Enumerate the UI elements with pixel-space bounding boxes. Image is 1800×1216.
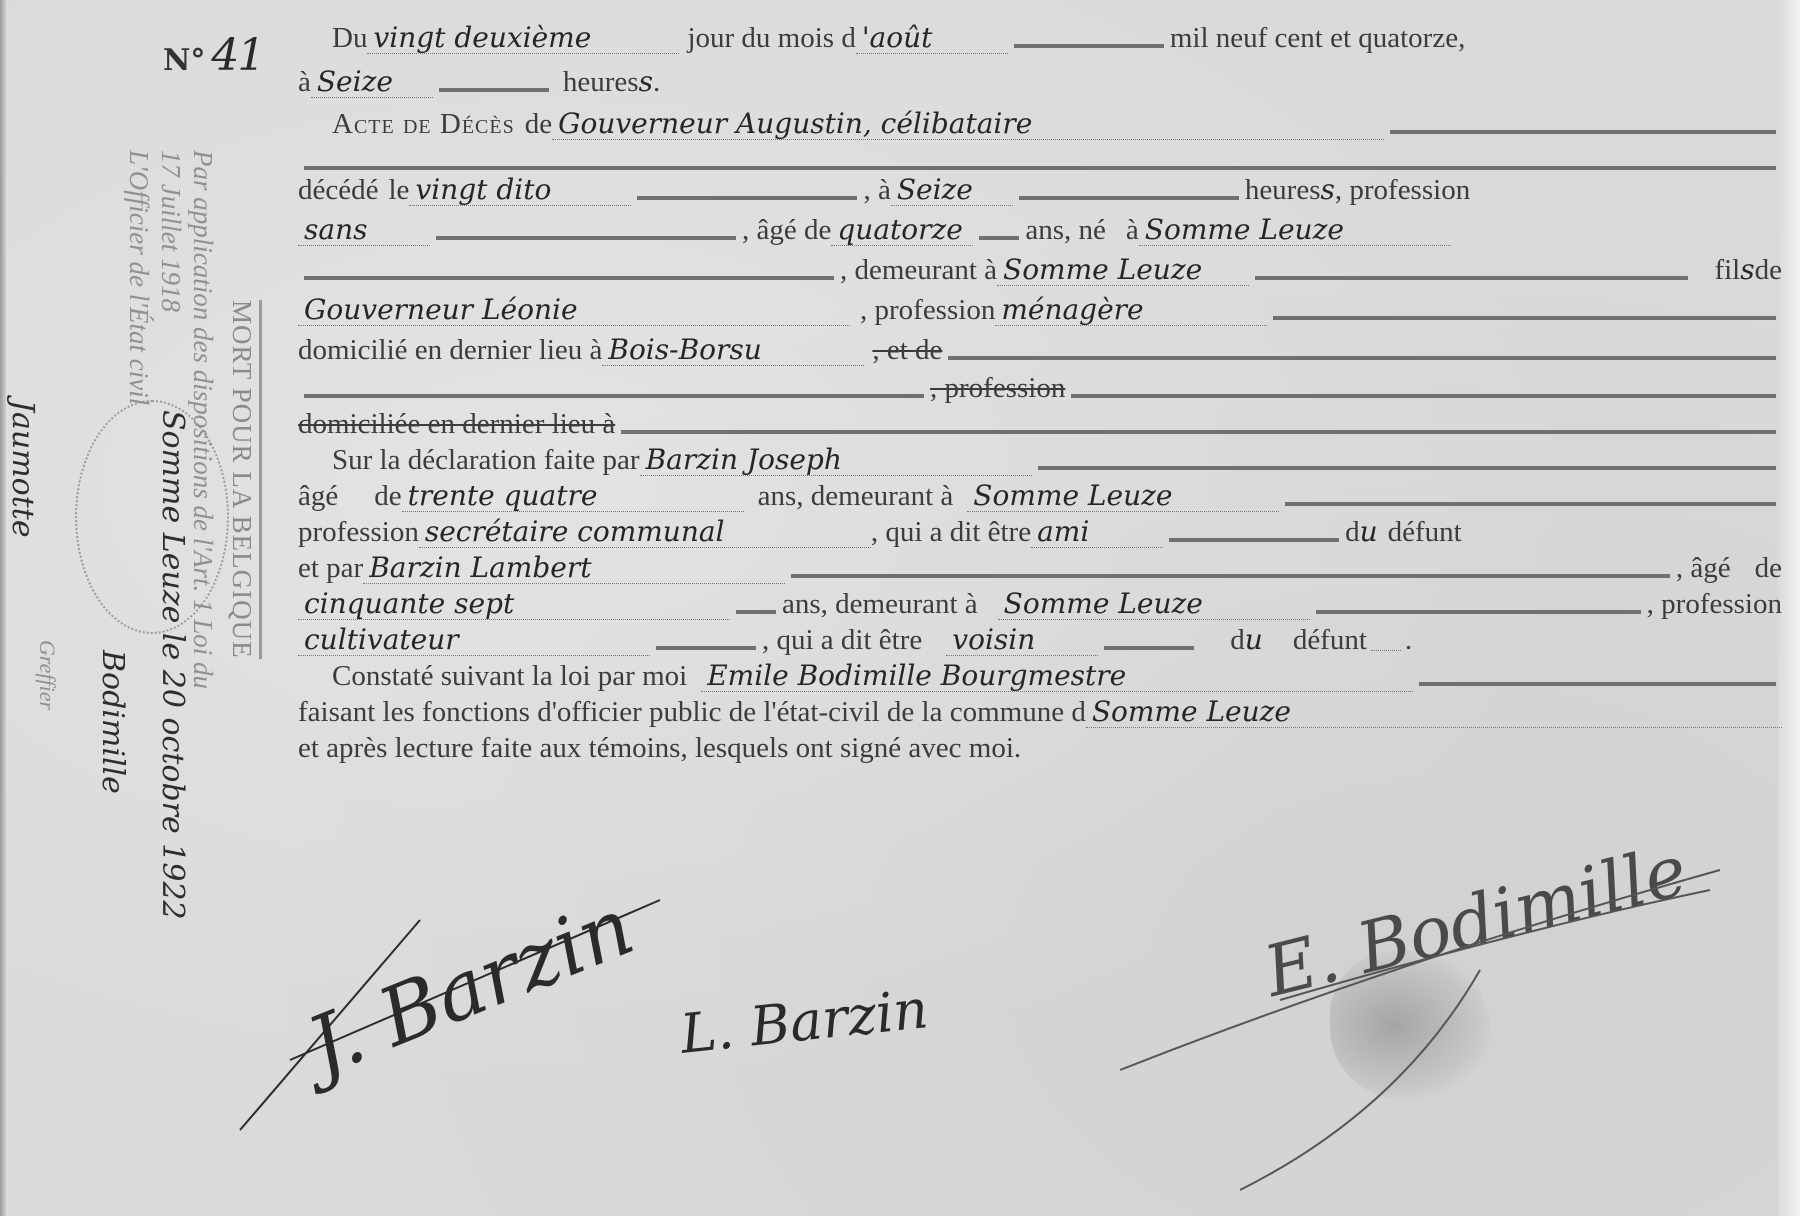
fill-rule [621,430,1776,434]
fill-rule [637,196,857,200]
printed-text: ans, demeurant à [758,476,954,516]
fill-rule [1316,610,1641,614]
printed-text: et après lecture faite aux témoins, lesq… [298,728,1021,768]
act-number-value: 41 [211,30,263,81]
fill-rule [1285,502,1776,506]
handwritten-profession: sans [298,215,430,246]
printed-text: , âgé [1676,548,1731,588]
struck-text: , et de [872,330,942,370]
line-hour: à Seize heuress. [298,62,1782,102]
page-left-edge [0,0,6,1216]
printed-text: fil [1714,250,1740,290]
printed-text: Sur la déclaration faite par [332,440,640,480]
fill-rule [1104,646,1194,650]
handwritten-suffix: u [1245,625,1263,655]
line-closing: et après lecture faite aux témoins, lesq… [298,728,1782,768]
fill-rule [1019,196,1239,200]
act-title: Acte de Décès [332,104,515,144]
line-residence: , demeurant à Somme Leuze filsde [298,250,1782,290]
line-profession-age: sans , âgé de quatorze ans, né à Somme L… [298,210,1782,250]
printed-text: heures [1245,170,1321,210]
fill-rule [979,236,1019,240]
printed-text: , qui a dit être [871,512,1031,552]
handwritten-death-hour: Seize [891,175,1013,206]
printed-text: , âgé de [742,210,831,250]
fill-rule [304,276,834,280]
handwritten-suffix: s [639,67,653,97]
fill-rule [736,610,776,614]
printed-text: à [1126,210,1139,250]
handwritten-commune: Somme Leuze [1086,697,1782,728]
handwritten-residence: Somme Leuze [997,255,1249,286]
printed-text: . [653,62,660,102]
dotted-leader [1371,650,1401,651]
handwritten-relation-2: voisin [946,625,1098,656]
fill-rule [948,356,1776,360]
handwritten-declarant-1-profession: secrétaire communal [419,517,871,548]
signature-witness-1-flourish [230,880,670,1140]
printed-text: de [1755,548,1782,588]
printed-text: d [1345,512,1360,552]
handwritten-suffix: s [1740,255,1754,285]
handwritten-suffix: u [1360,517,1378,547]
margin-handwritten-signature: Jaumotte [5,400,40,538]
printed-text: de [1755,250,1782,290]
stamp-text-line: L'Officier de l'État civil [123,150,154,405]
fill-rule [1169,538,1339,542]
printed-text: , profession [1647,584,1782,624]
struck-text: domiciliée en dernier lieu à [298,404,615,444]
margin-handwritten-note: Somme Leuze le 20 octobre 1922 [155,410,190,920]
handwritten-declarant-1: Barzin Joseph [640,445,1032,476]
printed-text: domicilié en dernier lieu à [298,330,602,370]
printed-text: , qui a dit être [762,620,922,660]
printed-text: ans, né [1025,210,1106,250]
printed-text: et par [298,548,363,588]
printed-text: , à [863,170,890,210]
line-domiciliee: domiciliée en dernier lieu à [298,404,1782,444]
printed-text: défunt [1293,620,1367,660]
fill-rule [1038,466,1776,470]
line-death-date: décédé le vingt dito , à Seize heuress, … [298,170,1782,210]
fill-rule [1390,130,1776,134]
printed-text: , profession [860,290,995,330]
printed-text: à [298,62,311,102]
printed-text: , profession [1335,170,1470,210]
stamp-text-line: 17 Juillet 1918 [155,150,186,312]
line-declarant-1-profession: profession secrétaire communal , qui a d… [298,512,1782,552]
handwritten-month: 'août [856,23,1008,54]
printed-text: décédé [298,170,379,210]
line-declarant-1: Sur la déclaration faite par Barzin Jose… [332,440,1782,480]
printed-text: . [1405,620,1412,660]
margin-handwritten-signature: Bodimille [95,650,130,794]
printed-text: Du [332,18,367,58]
printed-text: heures [563,62,639,102]
printed-text: Constaté suivant la loi par moi [332,656,687,696]
line-profession-blank: , profession [298,368,1782,408]
line-mother: Gouverneur Léonie , profession ménagère [298,290,1782,330]
act-number-label: N° [163,43,205,78]
fill-rule [439,88,549,92]
struck-text: , profession [930,368,1065,408]
handwritten-death-day: vingt dito [409,175,631,206]
line-declarant-2: et par Barzin Lambert , âgé de [298,548,1782,588]
handwritten-last-domicile: Bois-Borsu [602,335,864,366]
stamp-text-line: Greffier [34,640,60,710]
printed-text: , demeurant à [840,250,997,290]
fill-rule [1273,316,1776,320]
handwritten-hour: Seize [311,67,433,98]
handwritten-declarant-2-residence: Somme Leuze [998,589,1310,620]
printed-text: âgé [298,476,338,516]
handwritten-declarant-1-age: trente quatre [402,481,744,512]
line-declarant-1-age: âgé de trente quatre ans, demeurant à So… [298,476,1782,516]
handwritten-declarant-2-age: cinquante sept [298,589,730,620]
printed-text: faisant les fonctions d'officier public … [298,692,1086,732]
handwritten-deceased-name: Gouverneur Augustin, célibataire [552,109,1384,140]
handwritten-relation-1: ami [1031,517,1163,548]
fill-rule [1071,394,1776,398]
handwritten-declarant-2: Barzin Lambert [363,553,785,584]
handwritten-day: vingt deuxième [367,23,679,54]
line-date: Du vingt deuxième jour du mois d 'août m… [332,18,1782,58]
printed-text: mil neuf cent et quatorze, [1170,18,1466,58]
handwritten-suffix: s [1321,175,1335,205]
fill-rule [304,394,924,398]
printed-text: défunt [1388,512,1462,552]
stamp-text-line: Par application des dispositions de l'Ar… [187,150,218,689]
handwritten-parent-profession: ménagère [995,295,1267,326]
printed-text: ans, demeurant à [782,584,978,624]
line-act-title: Acte de Décès de Gouverneur Augustin, cé… [332,104,1782,144]
line-declarant-2-profession: cultivateur , qui a dit être voisin du d… [298,620,1782,660]
fill-rule [1419,682,1776,686]
handwritten-declarant-2-profession: cultivateur [298,625,650,656]
fill-rule [656,646,756,650]
handwritten-parent-name: Gouverneur Léonie [298,295,850,326]
printed-text: de [525,104,552,144]
fill-rule [436,236,736,240]
handwritten-officer-name: Emile Bodimille Bourgmestre [701,661,1413,692]
line-last-domicile: domicilié en dernier lieu à Bois-Borsu ,… [298,330,1782,370]
stamp-mort-pour-la-belgique: MORT POUR LA BELGIQUE [226,300,262,659]
fill-rule [1255,276,1688,280]
printed-text: d [1230,620,1245,660]
line-officer: Constaté suivant la loi par moi Emile Bo… [332,656,1782,696]
printed-text: le [389,170,410,210]
printed-text: profession [298,512,419,552]
fill-rule [791,574,1670,578]
printed-text: jour du mois d [687,18,855,58]
handwritten-age: quatorze [831,215,973,246]
line-declarant-2-age: cinquante sept ans, demeurant à Somme Le… [298,584,1782,624]
signature-officer-flourish [1100,850,1760,1210]
handwritten-declarant-1-residence: Somme Leuze [967,481,1279,512]
fill-rule [1014,44,1164,48]
act-number: N°41 [163,30,263,81]
printed-text: de [374,476,401,516]
handwritten-birthplace: Somme Leuze [1139,215,1451,246]
line-commune: faisant les fonctions d'officier public … [298,692,1782,732]
